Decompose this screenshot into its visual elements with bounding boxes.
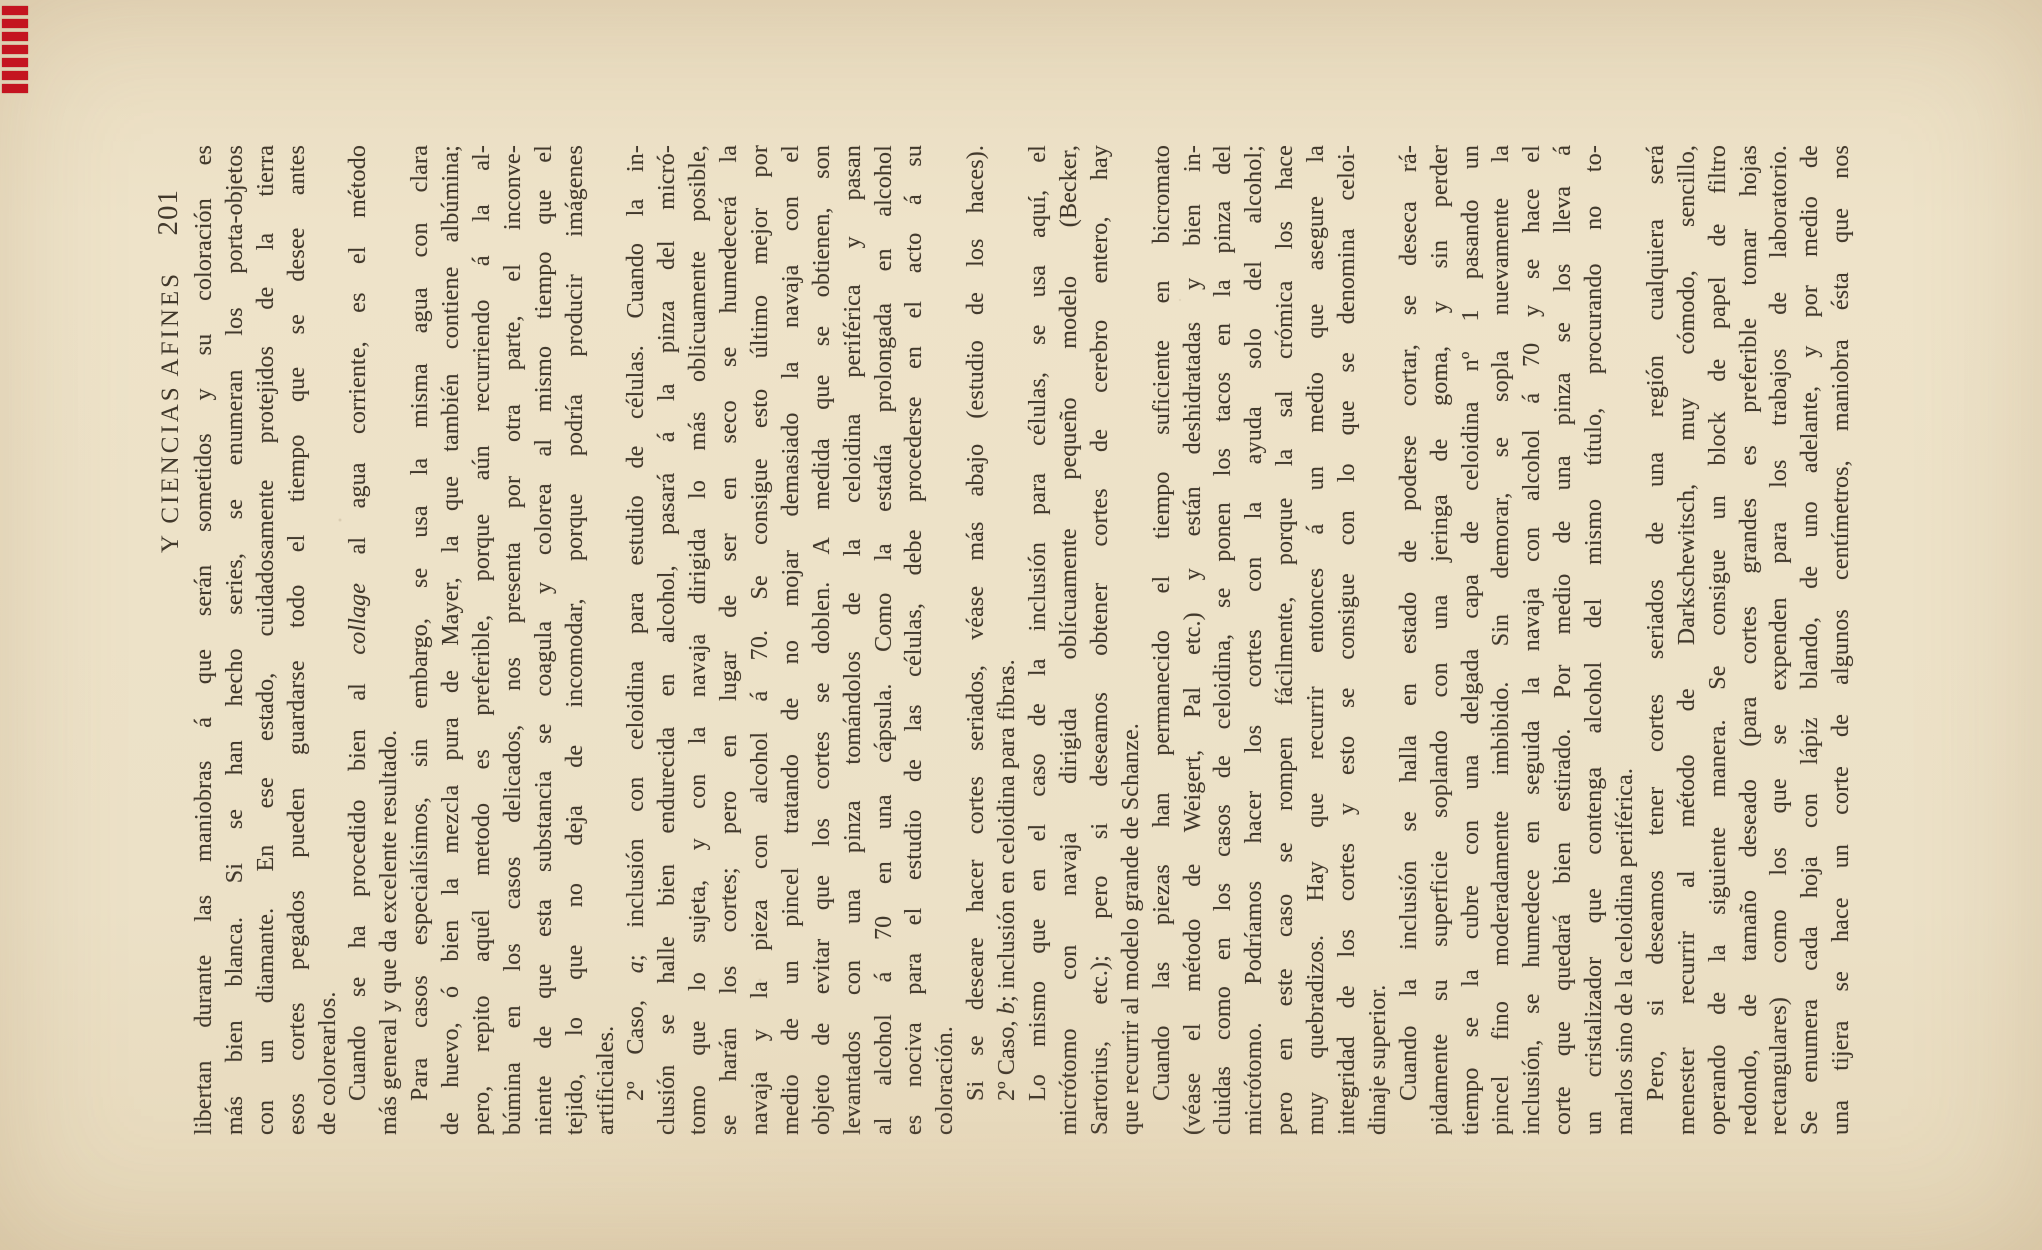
book-page: Y CIENCIAS AFINES 201 libertan durante l… [0,0,2042,1250]
text-line: redondo, de tamaño deseado (para cortes … [1734,145,1765,1135]
running-title: Y CIENCIAS AFINES [157,271,185,553]
text-line: Para casos especialísimos, sin embargo, … [405,145,436,1135]
text-line: menester recurrir al método de Darkschew… [1672,145,1703,1135]
scan-marks [2,6,28,97]
text-line: operando de la siguiente manera. Se cons… [1703,145,1734,1135]
text-line: tomo que lo sujeta, y con la navaja diri… [683,145,714,1135]
text-line: Se enumera cada hoja con lápiz blando, d… [1795,145,1826,1135]
scan-mark-dash [2,71,28,80]
text-line: marlos sino de la celoidina periférica. [1610,145,1641,1135]
text-line: de huevo, ó bien la mezcla pura de Mayer… [436,145,467,1135]
text-line: objeto de evitar que los cortes se doble… [807,145,838,1135]
text-line: (véase el método de Weigert, Pal etc.) y… [1178,145,1209,1135]
page-header: Y CIENCIAS AFINES 201 [155,145,191,1135]
text-line: Lo mismo que en el caso de la inclusión … [1023,145,1054,1135]
text-line: muy quebradizos. Hay que recurrir entonc… [1301,145,1332,1135]
text-line: que recurrir al modelo grande de Schanze… [1116,145,1147,1135]
text-line: artificiales. [591,145,622,1135]
text-line: más bien blanca. Si se han hecho series,… [220,145,251,1135]
scan-mark-dash [2,32,28,41]
text-line: cluidas como en los casos de celoidina, … [1208,145,1239,1135]
scan-mark-dash [2,6,28,15]
scan-mark-dash [2,58,28,67]
text-line: inclusión, se humedece en seguida la nav… [1517,145,1548,1135]
text-line: un cristalizador que contenga alcohol de… [1579,145,1610,1135]
scan-mark-dash [2,45,28,54]
text-line: búmina en los casos delicados, nos prese… [498,145,529,1135]
text-line: micrótomo con navaja dirigida oblícuamen… [1054,145,1085,1135]
text-line: pidamente su superficie soplando con una… [1425,145,1456,1135]
text-line: 2º Caso, a; inclusión con celoidina para… [621,145,652,1135]
text-line: medio de un pincel tratando de no mojar … [776,145,807,1135]
text-line: niente de que esta substancia se coagula… [529,145,560,1135]
text-line: navaja y la pieza con alcohol á 70. Se c… [745,145,776,1135]
text-line: pero en este caso se rompen fácilmente, … [1270,145,1301,1135]
text-line: Cuando las piezas han permanecido el tie… [1147,145,1178,1135]
text-line: esos cortes pegados pueden guardarse tod… [282,145,313,1135]
text-line: Si se deseare hacer cortes seriados, véa… [961,145,992,1135]
text-line: Sartorius, etc.); pero si deseamos obten… [1085,145,1116,1135]
text-line: libertan durante las maniobras á que ser… [189,145,220,1135]
scanned-page: Y CIENCIAS AFINES 201 libertan durante l… [0,0,2042,1250]
text-line: micrótomo. Podríamos hacer los cortes co… [1239,145,1270,1135]
text-line: rectangulares) como los que se expenden … [1764,145,1795,1135]
text-line: Cuando se ha procedido bien al collage a… [343,145,374,1135]
text-line: tejido, lo que no deja de incomodar, por… [560,145,591,1135]
text-line: pincel fino moderadamente imbibido. Sin … [1486,145,1517,1135]
text-line: una tijera se hace un corte de algunos c… [1826,145,1857,1135]
text-line: 2º Caso, b; inclusión en celoidina para … [992,145,1023,1135]
text-line: coloración. [930,145,961,1135]
text-line: con un diamante. En ese estado, cuidados… [251,145,282,1135]
text-line: levantados con una pinza tomándolos de l… [838,145,869,1135]
text-line: clusión se halle bien endurecida en alco… [652,145,683,1135]
text-line: Pero, si deseamos tener cortes seriados … [1641,145,1672,1135]
text-line: corte que quedará bien estirado. Por med… [1548,145,1579,1135]
text-line: Cuando la inclusión se halla en estado d… [1394,145,1425,1135]
text-block: libertan durante las maniobras á que ser… [189,145,1857,1135]
text-line: dinaje superior. [1363,145,1394,1135]
text-line: pero, repito aquél metodo es preferible,… [467,145,498,1135]
scan-mark-dash [2,84,28,93]
page-number: 201 [152,189,185,236]
text-line: de colorearlos. [313,145,344,1135]
text-line: al alcohol á 70 en una cápsula. Como la … [869,145,900,1135]
text-line: más general y que da excelente resultado… [374,145,405,1135]
text-line: es nociva para el estudio de las células… [899,145,930,1135]
scan-mark-dash [2,19,28,28]
text-line: tiempo se la cubre con una delgada capa … [1456,145,1487,1135]
text-line: se harán los cortes; pero en lugar de se… [714,145,745,1135]
text-line: integridad de los cortes y esto se consi… [1332,145,1363,1135]
